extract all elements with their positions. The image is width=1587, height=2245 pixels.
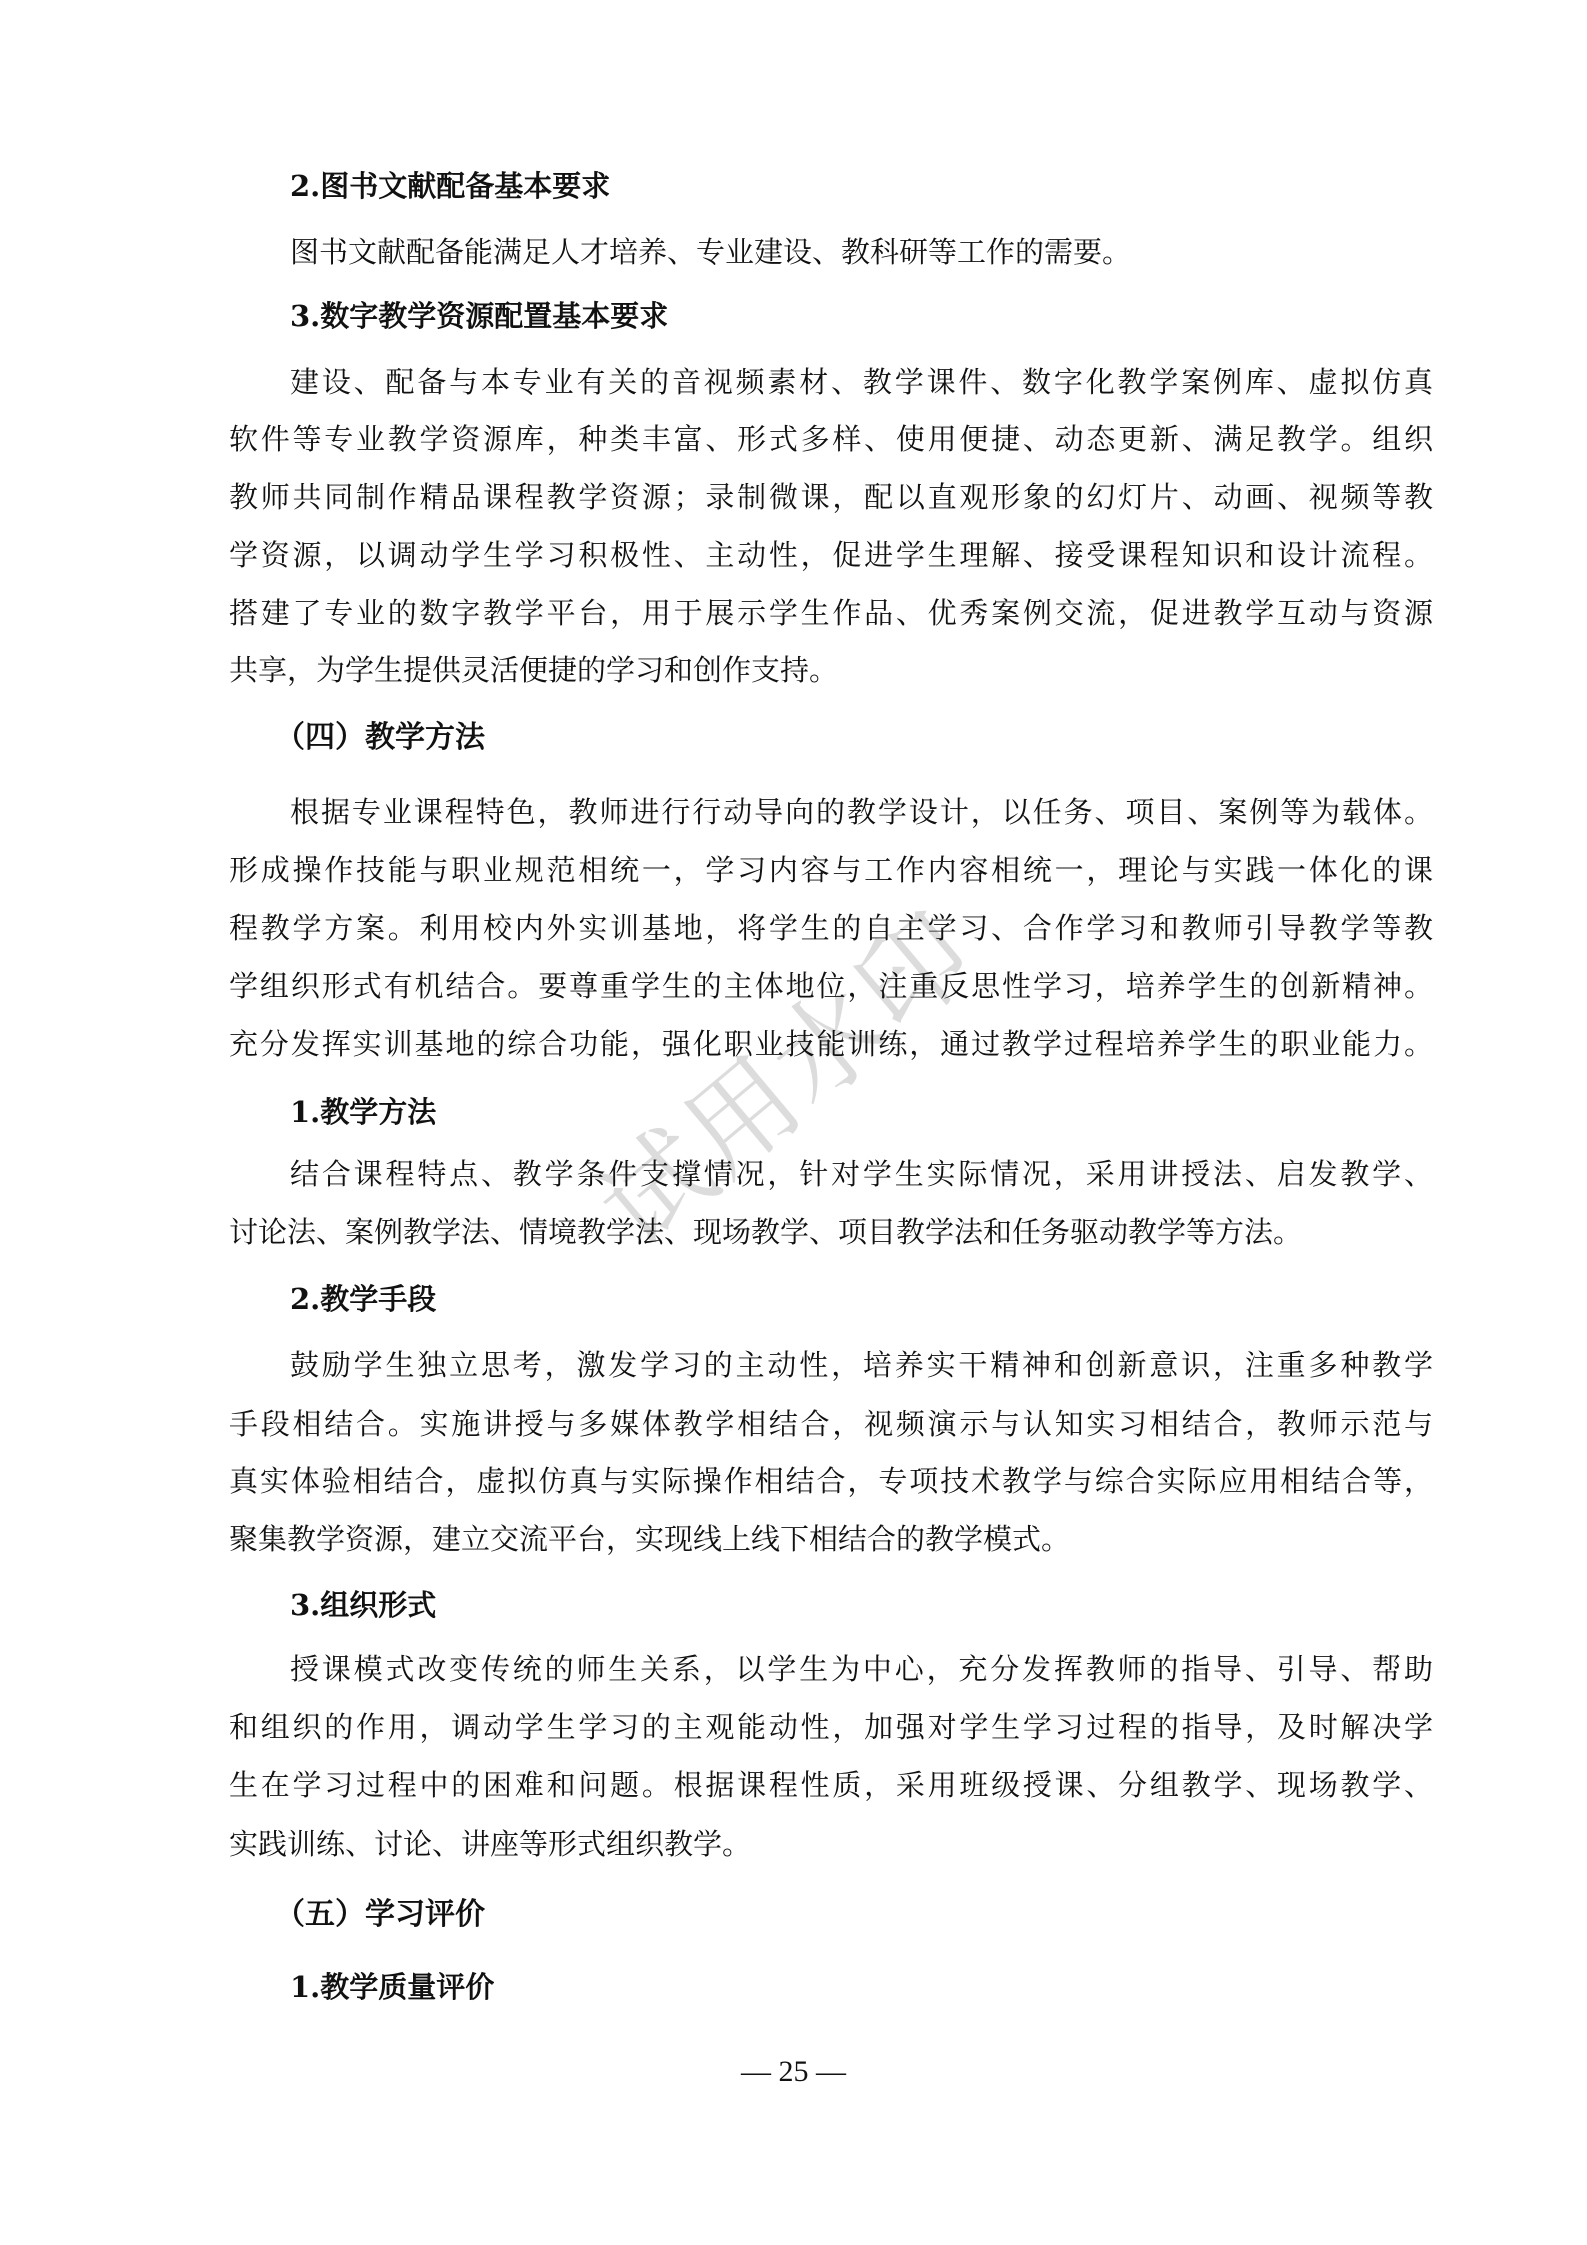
paragraph-line: 授课模式改变传统的师生关系，以学生为中心，充分发挥教师的指导、引导、帮助 xyxy=(229,1649,1433,1689)
paragraph-line: 鼓励学生独立思考，激发学习的主动性，培养实干精神和创新意识，注重多种教学 xyxy=(229,1345,1433,1385)
paragraph-line: 学组织形式有机结合。要尊重学生的主体地位，注重反思性学习，培养学生的创新精神。 xyxy=(229,966,1433,1006)
paragraph-line: 真实体验相结合，虚拟仿真与实际操作相结合，专项技术教学与综合实际应用相结合等， xyxy=(229,1461,1433,1501)
paragraph-line: 和组织的作用，调动学生学习的主观能动性，加强对学生学习过程的指导，及时解决学 xyxy=(229,1707,1433,1747)
paragraph-line: 充分发挥实训基地的综合功能，强化职业技能训练，通过教学过程培养学生的职业能力。 xyxy=(229,1024,1433,1064)
paragraph-line: 聚集教学资源，建立交流平台，实现线上线下相结合的教学模式。 xyxy=(229,1519,1433,1559)
subsection-heading: 3.组织形式 xyxy=(229,1585,1433,1625)
document-page: 试用水印 2.图书文献配备基本要求图书文献配备能满足人才培养、专业建设、教科研等… xyxy=(0,0,1587,2245)
paragraph-line: 形成操作技能与职业规范相统一，学习内容与工作内容相统一，理论与实践一体化的课 xyxy=(229,850,1433,890)
paragraph-line: 根据专业课程特色，教师进行行动导向的教学设计，以任务、项目、案例等为载体。 xyxy=(229,792,1433,832)
paragraph-line: 软件等专业教学资源库，种类丰富、形式多样、使用便捷、动态更新、满足教学。组织 xyxy=(229,419,1433,459)
section-heading: （四）教学方法 xyxy=(229,718,1433,758)
paragraph-line: 讨论法、案例教学法、情境教学法、现场教学、项目教学法和任务驱动教学等方法。 xyxy=(229,1212,1433,1252)
section-heading: （五）学习评价 xyxy=(229,1895,1433,1935)
paragraph-line: 结合课程特点、教学条件支撑情况，针对学生实际情况，采用讲授法、启发教学、 xyxy=(229,1154,1433,1194)
page-number: — 25 — xyxy=(0,2052,1587,2092)
paragraph-line: 生在学习过程中的困难和问题。根据课程性质，采用班级授课、分组教学、现场教学、 xyxy=(229,1765,1433,1805)
subsection-heading: 1.教学方法 xyxy=(229,1092,1433,1132)
paragraph-line: 搭建了专业的数字教学平台，用于展示学生作品、优秀案例交流，促进教学互动与资源 xyxy=(229,593,1433,633)
subsection-heading: 3.数字教学资源配置基本要求 xyxy=(229,296,1433,336)
paragraph-line: 程教学方案。利用校内外实训基地，将学生的自主学习、合作学习和教师引导教学等教 xyxy=(229,908,1433,948)
paragraph-line: 共享，为学生提供灵活便捷的学习和创作支持。 xyxy=(229,650,1433,690)
subsection-heading: 2.教学手段 xyxy=(229,1279,1433,1319)
paragraph-line: 建设、配备与本专业有关的音视频素材、教学课件、数字化教学案例库、虚拟仿真 xyxy=(229,362,1433,402)
paragraph-line: 图书文献配备能满足人才培养、专业建设、教科研等工作的需要。 xyxy=(229,232,1433,272)
subsection-heading: 2.图书文献配备基本要求 xyxy=(229,166,1433,206)
paragraph-line: 实践训练、讨论、讲座等形式组织教学。 xyxy=(229,1824,1433,1864)
paragraph-line: 手段相结合。实施讲授与多媒体教学相结合，视频演示与认知实习相结合，教师示范与 xyxy=(229,1404,1433,1444)
subsection-heading: 1.教学质量评价 xyxy=(229,1967,1433,2007)
paragraph-line: 教师共同制作精品课程教学资源；录制微课，配以直观形象的幻灯片、动画、视频等教 xyxy=(229,477,1433,517)
paragraph-line: 学资源，以调动学生学习积极性、主动性，促进学生理解、接受课程知识和设计流程。 xyxy=(229,535,1433,575)
